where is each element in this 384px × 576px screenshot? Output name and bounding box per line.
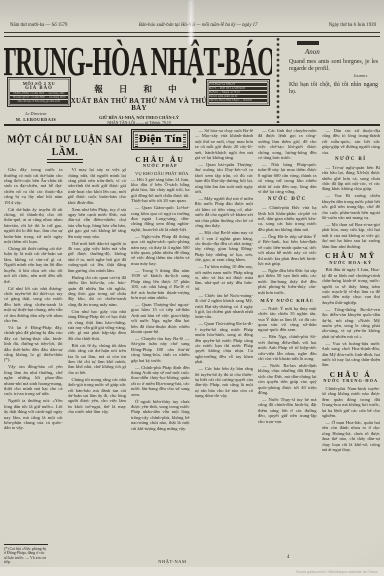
feature-footnote: (*) Coi bài «Việc phòng-bị ở Đông-Pháp» … [4,544,48,565]
feature-col2-text: Ví may lại xảy ra việc gì chăng nữa, thì… [68,167,127,565]
folio-line: Năm thứ mười-ba — Số 1579 Bản-báo xuất-b… [10,23,376,29]
price-per-issue: MỖI SỐ 2 XU [10,81,68,86]
chinese-title: 報 日 和 中 [70,83,208,95]
address-row: HANOI — Téléph. số 79.19 [209,91,267,94]
scan-footer-strip: Source gallica.bnf.fr / Bibliothèque nat… [0,567,384,576]
subsection-other-countries: MẤY NƯỚC KHÁC [258,298,317,303]
belgium-news-text: — Trị-sự nghị-quán bên Bỉ vừa bầu lại, đ… [322,165,381,249]
germany-news-text: — Chính-phủ Đức vừa hạ lệnh bớt khẩu-phầ… [258,205,317,295]
newspaper-page: Năm thứ mười-ba — Số 1579 Bản-báo xuất-b… [0,0,384,576]
feature-column-1: Gần đây trong nước ta thường có một cái … [4,167,63,565]
folio-issue: Năm thứ mười-ba — Số 1579 [10,23,67,29]
publication-schedule: XUẤT BẢN THỨ BA THỨ NĂM VÀ THỨ BẢY [70,98,208,112]
price-box-title: GIÁ BÁO [10,86,68,91]
masthead-band: TRUNG-HÒA NHẬT-BÁO MỖI SỐ 2 XU GIÁ BÁO Đ… [4,37,380,123]
quote-script-flourish: Anon [305,48,378,56]
address-box: TÒA BÁO VÀ NHÀ IN SỐ 73 — RUE DE LA MISS… [206,79,270,106]
quote-french: Quand mes amis sont borgnes, je les rega… [289,59,378,73]
subsection-usa: NƯỚC HOA-KỲ [322,260,381,265]
scan-fold-mark [189,0,193,44]
section-heading-europe: CHÂU ÂU [131,157,190,162]
france-news-tail: — Các lính thợ chuyên-môn đã được lệnh g… [258,128,317,194]
feature-headline: MỘT CÁI DƯ LUẬN SAI LẦM. [4,134,126,158]
price-row: ĐÔNG-PHÁP: cả năm 5$00 — sáu tháng 2$60 [10,92,68,95]
quote-attribution: Joubert. [289,74,368,78]
feature-article: MỘT CÁI DƯ LUẬN SAI LẦM. Gần đây trong n… [4,128,126,565]
folio-center: Bản-báo xuất-bản tại Hà-Nội — mỗi tuần-l… [139,23,258,29]
telegram-column-1: Điện Tín CHÂU ÂU NƯỚC PHÁP VỤ KHO DẦU PH… [131,128,190,565]
headline-double-rule [47,159,83,163]
quote-vietnamese: Khi bạn tôi chột, thì tôi nhìn ngang họ. [289,82,378,96]
section-heading-america: CHÂU MỸ [322,253,381,258]
telegram-column-4: — Dân các xứ thuộc-địa cũng đều tỏ lòng … [322,128,381,565]
price-row: Mua dài hạn cứ đầu tháng giả tiền trước [10,100,68,103]
gallica-watermark: Source gallica.bnf.fr / Bibliothèque nat… [296,570,378,574]
subsection-germany: NƯỚC ĐỨC [258,197,317,202]
subsection-belgium: NƯỚC BỈ [322,157,381,162]
telegram-box: Điện Tín [131,129,190,150]
page-number: 4 [287,555,290,560]
column-signature: NHẬT-NAM [131,557,190,565]
america-news-text: Bởi đâu từ ngày 3 Juin, Hoa-kỳ đã ra lện… [322,267,381,368]
subsection-france: NƯỚC PHÁP [131,163,190,168]
telegram-column-2: — Sở hỏa-xa chạy suốt Ba-lê — Mạc-xây vừ… [195,128,254,565]
feature-columns: Gần đây trong nước ta thường có một cái … [4,167,126,565]
other-countries-news-text: — Nước Ý mới hạ thủy một chiếc tàu chiến… [258,306,317,424]
feature-column-2: Ví may lại xảy ra việc gì chăng nữa, thì… [68,167,127,565]
france-news-text: VỤ KHO DẦU PHÁT HỎA. — Hồi 3 giờ sáng hô… [131,171,190,557]
address-row: TÒA BÁO VÀ NHÀ IN [209,83,267,86]
asia-news-text: Chính-phủ Nam-kinh tuyên-bố rằng không n… [322,386,381,452]
france-news-continued: — Sở hỏa-xa chạy suốt Ba-lê — Mạc-xây vừ… [195,128,254,399]
europe-news-tail: — Dân các xứ thuộc-địa cũng đều tỏ lòng … [322,128,381,155]
director-block: Le Directeur M. LEBOURDAIS [7,111,65,122]
masthead-bottom-rule [4,124,380,126]
director-label: Le Directeur [7,111,65,116]
feature-col1-text: Gần đây trong nước ta thường có một cái … [4,167,63,544]
director-name: M. LEBOURDAIS [7,117,65,122]
quote-ornament [297,41,319,45]
price-row: NGOẠI-QUỐC: cả năm 8$00 — sáu tháng 4$50 [10,96,68,99]
folio-date: Ngày thứ ba 6 Juin 1939 [329,23,376,29]
telegram-column-3: — Các lính thợ chuyên-môn đã được lệnh g… [258,128,317,565]
page-columns: MỘT CÁI DƯ LUẬN SAI LẦM. Gần đây trong n… [4,128,380,565]
ornamental-chain-border [274,37,282,123]
masthead: TRUNG-HÒA NHẬT-BÁO MỖI SỐ 2 XU GIÁ BÁO Đ… [4,37,272,123]
address-row: Thư-từ, ngân-phiếu xin đề [209,95,267,98]
subsection-china: NƯỚC TRUNG-HOA [322,378,381,383]
address-row: TRUNG-HÒA NHẬT-BÁO — HANOI [209,99,267,102]
telegram-box-title: Điện Tín [139,137,182,142]
section-heading-asia: CHÂU Á [322,372,381,377]
motto-line-1: GIỮ BỀN ÁI-NHÃ, NÓI THEO CHÂN-LÝ [70,115,208,120]
price-box: MỖI SỐ 2 XU GIÁ BÁO ĐÔNG-PHÁP: cả năm 5$… [7,77,71,107]
masthead-center: 報 日 和 中 XUẤT BẢN THỨ BA THỨ NĂM VÀ THỨ B… [70,83,208,125]
address-row: SỐ 73 — RUE DE LA MISSION [209,87,267,90]
quote-panel: Anon Quand mes amis sont borgnes, je les… [284,37,380,123]
